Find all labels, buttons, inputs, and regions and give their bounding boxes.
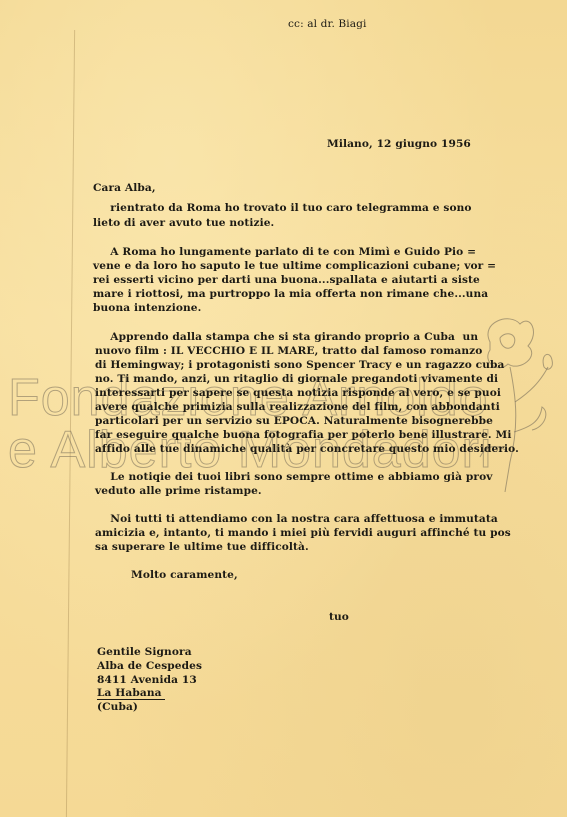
signature: tuo	[329, 610, 349, 624]
paragraph-2-line-4: mare i riottosi, ma purtroppo la mia off…	[93, 287, 488, 301]
paragraph-5-line-3: sa superare le ultime tue difficoltà.	[95, 540, 309, 554]
paragraph-5-line-2: amicizia e, intanto, ti mando i miei più…	[95, 526, 511, 540]
paragraph-4-line-1: Le notiqie dei tuoi libri sono sempre ot…	[80, 470, 493, 484]
address-line-5: (Cuba)	[97, 700, 138, 714]
date-line: Milano, 12 giugno 1956	[327, 137, 471, 151]
address-line-1: Gentile Signora	[97, 645, 192, 659]
paragraph-1-line-1: rientrato da Roma ho trovato il tuo caro…	[80, 201, 472, 215]
paragraph-1-line-2: lieto di aver avuto tue notizie.	[93, 216, 274, 230]
paragraph-2-line-5: buona intenzione.	[93, 301, 201, 315]
paragraph-3-line-6: avere qualche primizia sulla realizzazio…	[95, 400, 500, 414]
cc-line: cc: al dr. Biagi	[288, 17, 367, 31]
paragraph-3-line-4: no. Ti mando, anzi, un ritaglio di giorn…	[95, 372, 498, 386]
address-line-4: La Habana	[97, 686, 162, 700]
paragraph-3-line-9: affido alle tue dinamiche qualità per co…	[95, 442, 519, 456]
paragraph-3-line-3: di Hemingway; i protagonisti sono Spence…	[95, 358, 505, 372]
paragraph-3-line-8: far eseguire qualche buona fotografia pe…	[95, 428, 511, 442]
address-line-3: 8411 Avenida 13	[97, 673, 197, 687]
paragraph-3-line-1: Apprendo dalla stampa che si sta girando…	[80, 330, 478, 344]
paragraph-2-line-1: A Roma ho lungamente parlato di te con M…	[80, 245, 476, 259]
salutation: Cara Alba,	[93, 181, 156, 195]
address-line-2: Alba de Cespedes	[97, 659, 202, 673]
paragraph-3-line-7: particolari per un servizio su EPOCA. Na…	[95, 414, 493, 428]
paragraph-3-line-2: nuovo film : IL VECCHIO E IL MARE, tratt…	[95, 344, 482, 358]
paragraph-5-line-1: Noi tutti ti attendiamo con la nostra ca…	[80, 512, 498, 526]
closing: Molto caramente,	[131, 568, 238, 582]
paragraph-4-line-2: veduto alle prime ristampe.	[95, 484, 262, 498]
paragraph-2-line-2: vene e da loro ho saputo le tue ultime c…	[93, 259, 496, 273]
paragraph-2-line-3: rei esserti vicino per darti una buona..…	[93, 273, 480, 287]
paragraph-3-line-5: interessarti per sapere se questa notizi…	[95, 386, 501, 400]
